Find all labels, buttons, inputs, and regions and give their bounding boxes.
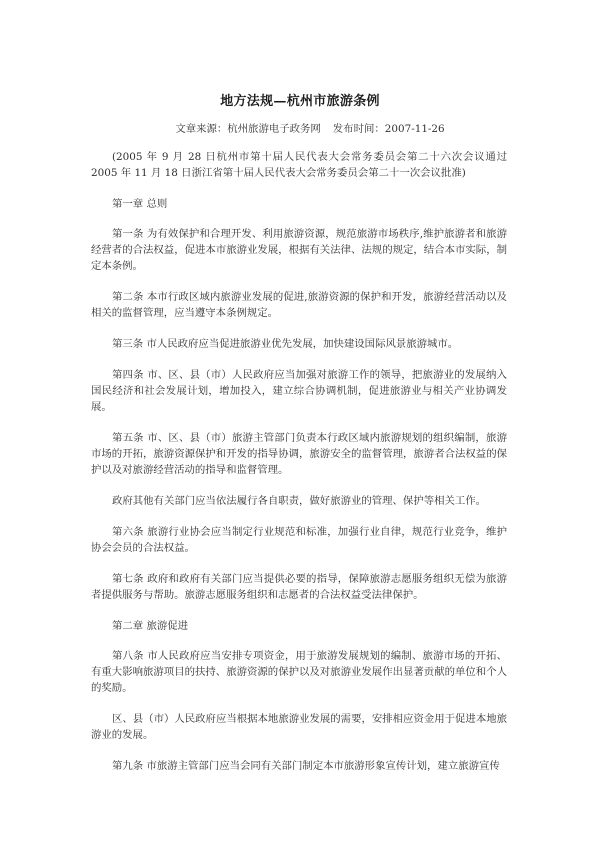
- article-paragraph: 第二条 本市行政区域内旅游业发展的促进,旅游资源的保护和开发，旅游经营活动以及相…: [91, 289, 507, 321]
- source-label: 文章来源：: [175, 123, 227, 135]
- article-paragraph: 第八条 市人民政府应当安排专项资金，用于旅游发展规划的编制、旅游市场的开拓、有重…: [91, 648, 507, 696]
- article-paragraph: 区、县（市）人民政府应当根据本地旅游业发展的需要，安排相应资金用于促进本地旅游业…: [91, 711, 507, 743]
- preamble-paragraph: (2005 年 9 月 28 日杭州市第十届人民代表大会常务委员会第二十六次会议…: [91, 149, 507, 181]
- article-paragraph: 第九条 市旅游主管部门应当会同有关部门制定本市旅游形象宣传计划，建立旅游宣传: [91, 758, 507, 774]
- chapter-heading: 第二章 旅游促进: [91, 618, 507, 634]
- document-body: (2005 年 9 月 28 日杭州市第十届人民代表大会常务委员会第二十六次会议…: [91, 149, 507, 789]
- source-line: 文章来源：杭州旅游电子政务网发布时间：2007-11-26: [0, 120, 595, 135]
- document-page: 地方法规—杭州市旅游条例 文章来源：杭州旅游电子政务网发布时间：2007-11-…: [0, 0, 595, 842]
- chapter-heading: 第一章 总则: [91, 196, 507, 212]
- source-value: 杭州旅游电子政务网: [227, 123, 321, 135]
- article-paragraph: 第五条 市、区、县（市）旅游主管部门负责本行政区域内旅游规划的组织编制，旅游市场…: [91, 430, 507, 478]
- article-paragraph: 政府其他有关部门应当依法履行各自职责，做好旅游业的管理、保护等相关工作。: [91, 493, 507, 509]
- article-paragraph: 第七条 政府和政府有关部门应当提供必要的指导，保障旅游志愿服务组织无偿为旅游者提…: [91, 571, 507, 603]
- article-paragraph: 第四条 市、区、县（市）人民政府应当加强对旅游工作的领导，把旅游业的发展纳入国民…: [91, 367, 507, 415]
- published-label: 发布时间：: [333, 123, 385, 135]
- article-paragraph: 第一条 为有效保护和合理开发、利用旅游资源，规范旅游市场秩序,维护旅游者和旅游经…: [91, 226, 507, 274]
- published-date: 2007-11-26: [385, 123, 445, 135]
- document-title: 地方法规—杭州市旅游条例: [0, 90, 595, 109]
- article-paragraph: 第三条 市人民政府应当促进旅游业优先发展，加快建设国际风景旅游城市。: [91, 336, 507, 352]
- article-paragraph: 第六条 旅游行业协会应当制定行业规范和标准，加强行业自律，规范行业竞争，维护协会…: [91, 524, 507, 556]
